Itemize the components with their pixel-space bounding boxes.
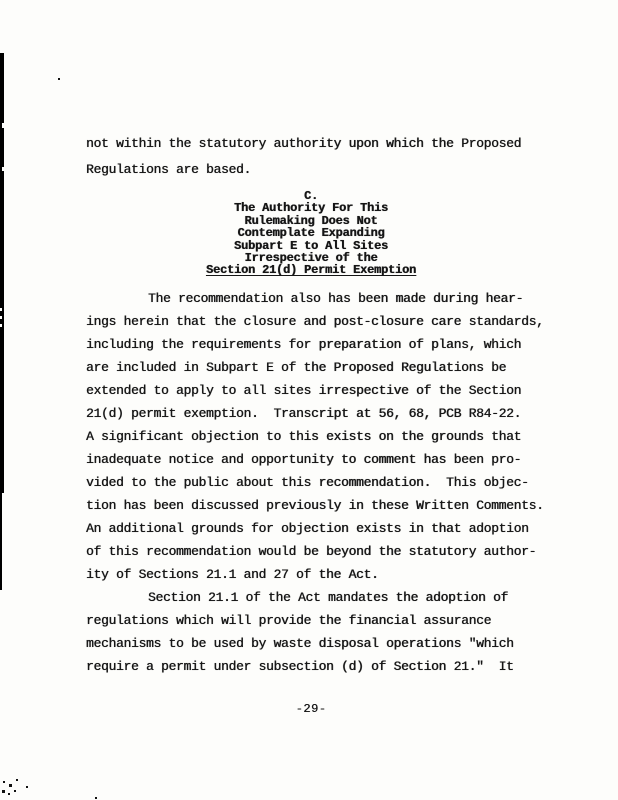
scan-artifact-left-bar (0, 53, 4, 493)
section-heading-lines: The Authority For ThisRulemaking Does No… (86, 202, 536, 264)
text-line: mechanisms to be used by waste disposal … (86, 632, 551, 655)
body-paragraph: Section 21.1 of the Act mandates the ado… (86, 586, 551, 678)
intro-paragraph: not within the statutory authority upon … (86, 131, 551, 183)
text-line: tion has been discussed previously in th… (86, 494, 551, 517)
scan-speckle (2, 790, 5, 793)
text-line: An additional grounds for objection exis… (86, 517, 551, 540)
scan-artifact-notch (0, 316, 2, 319)
text-line: 21(d) permit exemption. Transcript at 56… (86, 402, 551, 425)
scan-artifact-notch (0, 324, 2, 327)
text-line: vided to the public about this recommend… (86, 471, 551, 494)
text-line: Contemplate Expanding (86, 227, 536, 239)
text-line: regulations which will provide the finan… (86, 609, 551, 632)
text-line: inadequate notice and opportunity to com… (86, 448, 551, 471)
text-line: including the requirements for preparati… (86, 333, 551, 356)
text-line: Section 21.1 of the Act mandates the ado… (86, 586, 551, 609)
scan-speckle (58, 78, 60, 80)
text-line: require a permit under subsection (d) of… (86, 655, 551, 678)
text-line: extended to apply to all sites irrespect… (86, 379, 551, 402)
text-line: of this recommendation would be beyond t… (86, 540, 551, 563)
scan-speckle (16, 779, 18, 781)
scan-artifact-notch (0, 308, 2, 311)
text-line: are included in Subpart E of the Propose… (86, 356, 551, 379)
body-paragraphs: The recommendation also has been made du… (86, 287, 551, 678)
text-line: ity of Sections 21.1 and 27 of the Act. (86, 563, 551, 586)
text-line: The recommendation also has been made du… (86, 287, 551, 310)
text-line: Regulations are based. (86, 157, 551, 183)
scan-speckle (14, 790, 16, 792)
text-line: A significant objection to this exists o… (86, 425, 551, 448)
scan-artifact-notch (2, 123, 4, 128)
scan-speckle (9, 784, 12, 787)
scan-speckle (95, 797, 97, 799)
page-number: -29- (86, 702, 536, 716)
scan-artifact-notch (2, 167, 4, 171)
document-content: not within the statutory authority upon … (86, 0, 551, 716)
text-line: ings herein that the closure and post-cl… (86, 310, 551, 333)
section-heading: C. The Authority For ThisRulemaking Does… (86, 190, 536, 277)
scan-speckle (3, 781, 5, 783)
body-paragraph: The recommendation also has been made du… (86, 287, 551, 586)
text-line: The Authority For This (86, 202, 536, 214)
scan-artifact-left-bar-thin (0, 490, 2, 590)
text-line: not within the statutory authority upon … (86, 131, 551, 157)
scan-speckle (26, 786, 28, 788)
scan-speckle (8, 793, 10, 795)
scanned-document-page: not within the statutory authority upon … (0, 0, 618, 800)
section-heading-underlined-line: Section 21(d) Permit Exemption (86, 264, 536, 276)
